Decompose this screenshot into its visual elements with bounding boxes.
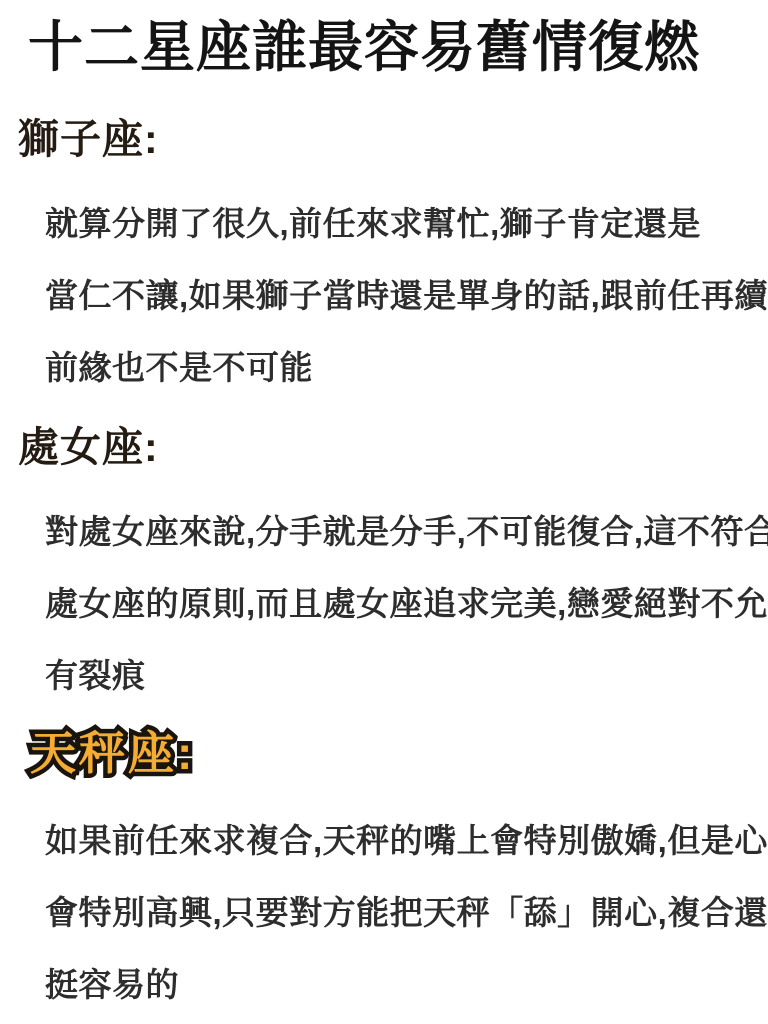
body-line: 對處女座來說,分手就是分手,不可能復合,這不符合	[45, 514, 768, 549]
section-virgo: 處女座: 對處女座來說,分手就是分手,不可能復合,這不符合 處女座的原則,而且處…	[0, 426, 768, 693]
body-line: 挺容易的	[45, 967, 768, 1002]
body-line: 會特別高興,只要對方能把天秤「舔」開心,複合還是	[45, 895, 768, 930]
section-heading-libra: 天秤座:	[30, 729, 768, 777]
page-title: 十二星座誰最容易舊情復燃	[28, 18, 768, 76]
section-libra: 天秤座: 如果前任來求複合,天秤的嘴上會特別傲嬌,但是心裡 會特別高興,只要對方…	[0, 729, 768, 1002]
body-line: 有裂痕	[45, 658, 768, 693]
body-line: 前緣也不是不可能	[45, 350, 768, 385]
section-heading-virgo: 處女座:	[18, 426, 768, 468]
body-line: 如果前任來求複合,天秤的嘴上會特別傲嬌,但是心裡	[45, 823, 768, 858]
article-page: 十二星座誰最容易舊情復燃 獅子座: 就算分開了很久,前任來求幫忙,獅子肯定還是 …	[0, 0, 768, 1024]
body-line: 處女座的原則,而且處女座追求完美,戀愛絕對不允許	[45, 586, 768, 621]
section-leo: 獅子座: 就算分開了很久,前任來求幫忙,獅子肯定還是 當仁不讓,如果獅子當時還是…	[0, 118, 768, 385]
body-line: 就算分開了很久,前任來求幫忙,獅子肯定還是	[45, 206, 768, 241]
body-line: 當仁不讓,如果獅子當時還是單身的話,跟前任再續	[45, 278, 768, 313]
section-heading-leo: 獅子座:	[18, 118, 768, 160]
